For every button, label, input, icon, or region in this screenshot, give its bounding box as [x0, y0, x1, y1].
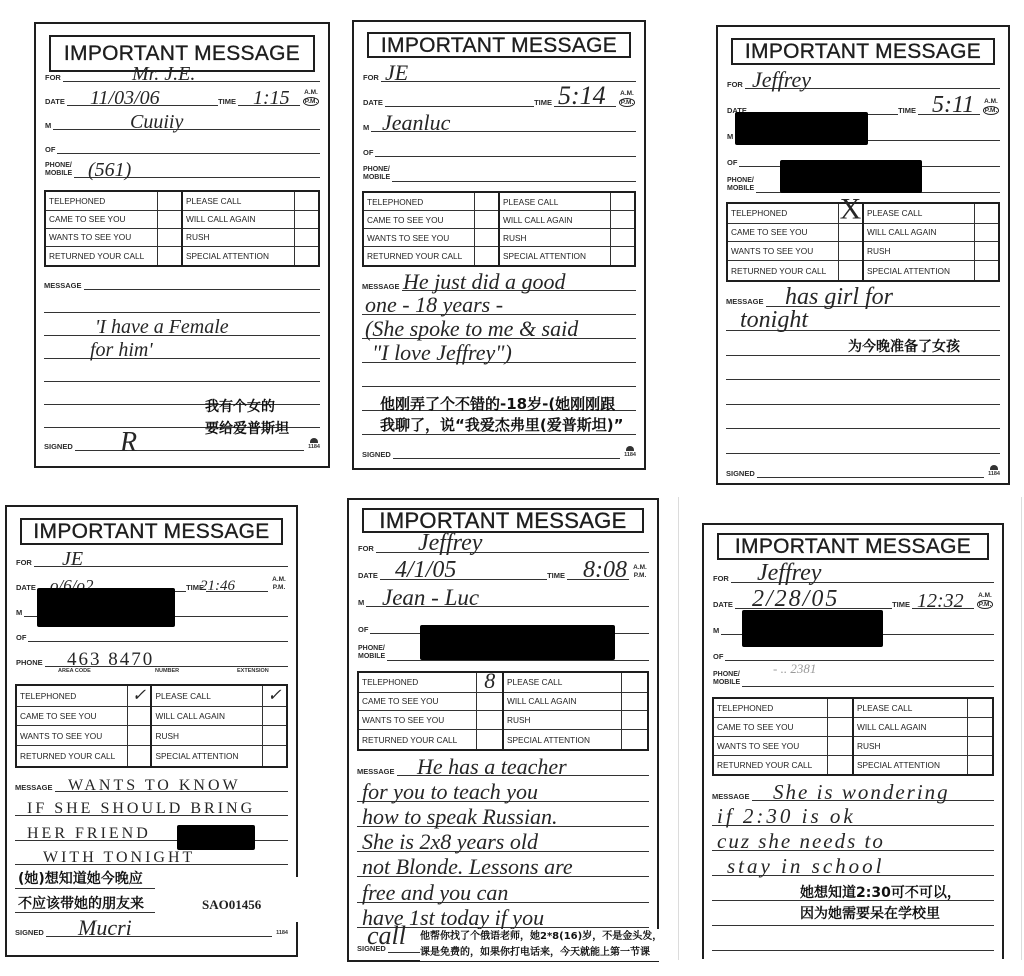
handwritten-text: IF SHE SHOULD BRING: [27, 801, 255, 817]
rush-checkbox: [294, 228, 319, 246]
slip-title: IMPORTANT MESSAGE: [33, 521, 269, 542]
message-line: [712, 926, 994, 951]
m-field: M Cuuiiy: [45, 106, 320, 130]
for-line: [376, 533, 649, 553]
rush-checkbox: [968, 736, 993, 755]
date-value: 11/03/06: [90, 88, 160, 108]
time-value: 5:11: [932, 93, 974, 117]
date-time-field: DATE TIME A.M.P.M. 11/03/06 1:15: [45, 82, 320, 106]
of-label: OF: [727, 159, 737, 168]
returned-your-call-label: RETURNED YOUR CALL: [358, 730, 477, 750]
form-number-text: 1184: [624, 452, 636, 458]
please-call-checkbox: [968, 698, 993, 718]
telephoned-label: TELEPHONED: [713, 698, 828, 718]
check-mark: ✓: [132, 686, 146, 703]
phone-label: PHONE/MOBILE: [363, 166, 390, 182]
call-status-checkboxes: TELEPHONEDPLEASE CALL CAME TO SEE YOUWIL…: [44, 190, 320, 267]
of-label: OF: [363, 149, 373, 158]
form-number-text: 1184: [988, 471, 1000, 477]
pm-label-circled: P.M.: [983, 106, 1000, 115]
m-field: M Jeanluc: [363, 107, 636, 132]
for-value: Jeffrey: [757, 561, 821, 585]
of-label: OF: [45, 146, 55, 155]
special-attention-label: SPECIAL ATTENTION: [853, 755, 968, 775]
check-mark: 8: [484, 670, 495, 692]
m-label: M: [727, 133, 733, 142]
phone-label: PHONE/MOBILE: [45, 162, 72, 178]
handwritten-text: cuz she needs to: [717, 831, 885, 852]
message-line: how to speak Russian.: [357, 802, 649, 827]
signed-field: SIGNED1184: [726, 454, 1000, 479]
for-value: Jeffrey: [418, 531, 482, 555]
telephoned-label: TELEPHONED: [358, 672, 477, 692]
handwritten-text: stay in school: [727, 856, 885, 877]
message-slip-3: IMPORTANT MESSAGE FOR Jeffrey DATE TIME …: [716, 25, 1010, 485]
chinese-translation: 为今晚准备了女孩: [848, 337, 960, 358]
rush-label: RUSH: [151, 726, 262, 746]
please-call-label: PLEASE CALL: [503, 672, 622, 692]
returned-your-call-label: RETURNED YOUR CALL: [45, 247, 157, 266]
special-attention-checkbox: [611, 247, 636, 266]
for-value: Jeffrey: [752, 69, 811, 91]
logo-icon: [626, 446, 634, 451]
for-field: FOR JE: [16, 545, 288, 567]
came-to-see-you-checkbox: [828, 718, 853, 737]
phone-value: - .. 2381: [773, 662, 816, 675]
logo-icon: [310, 438, 318, 443]
please-call-checkbox: [975, 203, 1000, 223]
will-call-again-label: WILL CALL AGAIN: [182, 210, 294, 228]
slip-header: IMPORTANT MESSAGE: [367, 32, 631, 58]
slip-header: IMPORTANT MESSAGE: [731, 38, 995, 65]
returned-your-call-checkbox: [475, 247, 499, 266]
special-attention-label: SPECIAL ATTENTION: [863, 261, 975, 281]
special-attention-checkbox: [622, 730, 648, 750]
phone-label-line2: MOBILE: [358, 653, 385, 661]
m-label: M: [358, 599, 364, 608]
rush-label: RUSH: [863, 242, 975, 261]
date-time-field: DATE TIME A.M.P.M. 2/28/05 12:32: [713, 583, 994, 609]
returned-your-call-checkbox: [839, 261, 863, 281]
phone-label: PHONE/MOBILE: [727, 177, 754, 193]
m-label: M: [713, 627, 719, 636]
redaction-box: [177, 825, 255, 850]
slip-title: IMPORTANT MESSAGE: [735, 536, 971, 557]
for-field: FOR JE: [363, 58, 636, 82]
special-attention-label: SPECIAL ATTENTION: [499, 247, 611, 266]
message-line: stay in school: [712, 851, 994, 876]
m-label: M: [363, 124, 369, 133]
will-call-again-label: WILL CALL AGAIN: [853, 718, 968, 737]
will-call-again-label: WILL CALL AGAIN: [151, 706, 262, 726]
special-attention-checkbox: [294, 247, 319, 266]
message-slip-6: IMPORTANT MESSAGE FOR Jeffrey DATE TIME …: [702, 523, 1004, 959]
rush-label: RUSH: [853, 736, 968, 755]
form-number-text: 1184: [308, 444, 320, 450]
handwritten-text: has girl for: [785, 285, 893, 309]
signed-line: [757, 454, 984, 479]
message-line: [726, 429, 1000, 454]
m-label: M: [16, 609, 22, 618]
redaction-box: [420, 625, 615, 660]
call-status-checkboxes: TELEPHONEDXPLEASE CALL CAME TO SEE YOUWI…: [726, 202, 1000, 282]
call-status-checkboxes: TELEPHONED8PLEASE CALL CAME TO SEE YOUWI…: [357, 671, 649, 751]
signed-label: SIGNED: [362, 451, 391, 460]
time-label: TIME: [898, 107, 916, 116]
special-attention-checkbox: [263, 746, 287, 767]
number-label: NUMBER: [155, 668, 179, 674]
message-line: [44, 359, 320, 382]
form-number: 1184: [308, 438, 320, 450]
date-label: DATE: [713, 601, 733, 610]
wants-to-see-you-checkbox: [157, 228, 182, 246]
message-label: MESSAGE: [357, 768, 395, 777]
returned-your-call-checkbox: [127, 746, 151, 767]
image-divider: [1021, 497, 1022, 960]
handwritten-text: He just did a good: [403, 271, 566, 293]
rush-checkbox: [622, 711, 648, 730]
translation-line: 为今晚准备了女孩: [848, 337, 960, 358]
handwritten-text: HER FRIEND: [27, 826, 151, 842]
will-call-again-checkbox: [975, 223, 1000, 242]
message-label: MESSAGE: [712, 793, 750, 802]
telephoned-checkbox: [828, 698, 853, 718]
message-line: 'I have a Female: [44, 313, 320, 336]
will-call-again-label: WILL CALL AGAIN: [863, 223, 975, 242]
check-mark: ✓: [267, 686, 281, 703]
handwritten-text: He has a teacher: [417, 756, 567, 778]
am-label: A.M.: [272, 576, 286, 584]
came-to-see-you-label: CAME TO SEE YOU: [727, 223, 839, 242]
wants-to-see-you-label: WANTS TO SEE YOU: [358, 711, 477, 730]
phone-field: PHONE 463 8470: [16, 642, 288, 667]
telephoned-label: TELEPHONED: [45, 191, 157, 210]
phone-label-line1: PHONE/: [363, 166, 390, 174]
time-value: 1:15: [253, 88, 290, 108]
translation-line: 她想知道2:30可不可以，: [800, 883, 961, 904]
x-mark: X: [840, 195, 862, 225]
wants-to-see-you-label: WANTS TO SEE YOU: [363, 229, 475, 247]
slip-title: IMPORTANT MESSAGE: [381, 35, 617, 56]
will-call-again-label: WILL CALL AGAIN: [499, 211, 611, 229]
wants-to-see-you-checkbox: [839, 242, 863, 261]
returned-your-call-label: RETURNED YOUR CALL: [727, 261, 839, 281]
m-value: Jeanluc: [382, 112, 450, 134]
message-field: MESSAGEHe has a teacher: [357, 751, 649, 776]
handwritten-text: not Blonde. Lessons are: [362, 856, 573, 878]
message-line: [84, 267, 320, 290]
message-line: tonight: [726, 307, 1000, 332]
pm-label: P.M.: [634, 572, 647, 580]
date-value: 4/1/05: [395, 558, 456, 582]
please-call-checkbox: [622, 672, 648, 692]
for-value: Mr. J.E.: [132, 64, 195, 84]
am-label: A.M.: [978, 592, 992, 600]
handwritten-text: She is wondering: [773, 782, 950, 803]
handwritten-text: call: [367, 923, 406, 949]
m-field: M Jean - Luc: [358, 580, 649, 607]
telephoned-label: TELEPHONED: [16, 685, 127, 706]
translation-line: 不应该带她的朋友来: [18, 892, 144, 917]
message-line: [726, 356, 1000, 381]
for-label: FOR: [727, 81, 743, 90]
returned-your-call-label: RETURNED YOUR CALL: [16, 746, 127, 767]
extension-label: EXTENSION: [237, 668, 269, 674]
message-line: IF SHE SHOULD BRING: [15, 792, 288, 816]
chinese-translation: 他刚弄了个不错的-18岁-(她刚刚跟我聊了，说“我爱杰弗里(爱普斯坦)”: [380, 394, 623, 436]
phone-label: PHONE: [16, 659, 43, 668]
am-pm-indicator: A.M.P.M.: [302, 89, 320, 106]
slip-header: IMPORTANT MESSAGE: [362, 508, 644, 533]
signed-label: SIGNED: [726, 470, 755, 479]
message-line: cuz she needs to: [712, 826, 994, 851]
message-field: MESSAGEShe is wondering: [712, 776, 994, 801]
redaction-box: [742, 610, 883, 647]
phone-label: PHONE/MOBILE: [358, 645, 385, 661]
telephoned-checkbox: [475, 192, 499, 211]
handwritten-text: if 2:30 is ok: [717, 806, 856, 827]
wants-to-see-you-label: WANTS TO SEE YOU: [713, 736, 828, 755]
rush-label: RUSH: [503, 711, 622, 730]
translation-line: 我聊了，说“我爱杰弗里(爱普斯坦)”: [380, 415, 623, 436]
call-status-checkboxes: TELEPHONEDPLEASE CALL CAME TO SEE YOUWIL…: [362, 191, 636, 267]
wants-to-see-you-checkbox: [475, 229, 499, 247]
message-line: [362, 363, 636, 387]
date-label: DATE: [16, 584, 36, 593]
came-to-see-you-label: CAME TO SEE YOU: [358, 692, 477, 711]
form-number: 1184: [988, 465, 1000, 477]
slip-title: IMPORTANT MESSAGE: [745, 41, 981, 62]
phone-label-line1: PHONE/: [727, 177, 754, 185]
area-code-label: AREA CODE: [58, 668, 91, 674]
telephoned-checkbox: X: [839, 203, 863, 223]
of-line: [57, 130, 320, 154]
rush-label: RUSH: [182, 228, 294, 246]
phone-label: PHONE/MOBILE: [713, 671, 740, 687]
handwritten-text: how to speak Russian.: [362, 806, 558, 828]
of-field: OF: [45, 130, 320, 154]
phone-label-line2: MOBILE: [45, 170, 72, 178]
image-divider: [678, 497, 679, 960]
came-to-see-you-label: CAME TO SEE YOU: [363, 211, 475, 229]
for-value: JE: [385, 62, 408, 84]
message-line: not Blonde. Lessons are: [357, 852, 649, 877]
special-attention-label: SPECIAL ATTENTION: [182, 247, 294, 266]
handwritten-text: (She spoke to me & said: [365, 318, 578, 340]
phone-label-line2: MOBILE: [727, 185, 754, 193]
came-to-see-you-label: CAME TO SEE YOU: [713, 718, 828, 737]
message-slip-5: IMPORTANT MESSAGE FOR Jeffrey DATE TIME …: [347, 498, 659, 962]
of-label: OF: [358, 626, 368, 635]
message-slip-1: IMPORTANT MESSAGE FOR Mr. J.E. DATE TIME…: [34, 22, 330, 468]
chinese-translation: (她)想知道她今晚应不应该带她的朋友来: [18, 867, 144, 917]
returned-your-call-label: RETURNED YOUR CALL: [363, 247, 475, 266]
special-attention-checkbox: [968, 755, 993, 775]
logo-icon: [990, 465, 998, 470]
rush-checkbox: [611, 229, 636, 247]
handwritten-text: for you to teach you: [362, 781, 538, 803]
rush-checkbox: [263, 726, 287, 746]
of-line: [375, 132, 636, 157]
wants-to-see-you-label: WANTS TO SEE YOU: [45, 228, 157, 246]
will-call-again-checkbox: [968, 718, 993, 737]
handwritten-text: one - 18 years -: [365, 294, 503, 316]
returned-your-call-checkbox: [157, 247, 182, 266]
time-value: 5:14: [558, 83, 606, 109]
translation-line: 我有个女的: [205, 396, 289, 418]
signature: Mucri: [78, 917, 132, 939]
came-to-see-you-label: CAME TO SEE YOU: [45, 210, 157, 228]
returned-your-call-checkbox: [477, 730, 503, 750]
signed-field: SIGNED1184: [362, 435, 636, 459]
am-label: A.M.: [304, 89, 318, 97]
message-line: for you to teach you: [357, 776, 649, 801]
am-label: A.M.: [984, 98, 998, 106]
for-label: FOR: [45, 74, 61, 83]
rush-label: RUSH: [499, 229, 611, 247]
time-label: TIME: [534, 99, 552, 108]
please-call-label: PLEASE CALL: [853, 698, 968, 718]
signed-line: [393, 435, 620, 459]
handwritten-text: "I love Jeffrey"): [372, 342, 512, 364]
am-pm-indicator: A.M.P.M.: [270, 576, 288, 592]
please-call-checkbox: [611, 192, 636, 211]
special-attention-label: SPECIAL ATTENTION: [503, 730, 622, 750]
came-to-see-you-checkbox: [475, 211, 499, 229]
m-line: [53, 106, 320, 130]
please-call-label: PLEASE CALL: [863, 203, 975, 223]
message-field: MESSAGEhas girl for: [726, 282, 1000, 307]
will-call-again-checkbox: [611, 211, 636, 229]
pm-label: P.M.: [273, 584, 286, 592]
pm-label-circled: P.M.: [619, 98, 636, 107]
date-label: DATE: [358, 572, 378, 581]
time-label: TIME: [218, 98, 236, 107]
call-status-checkboxes: TELEPHONED✓PLEASE CALL✓ CAME TO SEE YOUW…: [15, 684, 288, 768]
handwritten-text: 'I have a Female: [95, 317, 229, 337]
phone-label-line1: PHONE/: [45, 162, 72, 170]
redaction-box: [780, 160, 922, 193]
am-label: A.M.: [620, 90, 634, 98]
pm-label-circled: P.M.: [303, 97, 320, 106]
came-to-see-you-checkbox: [839, 223, 863, 242]
came-to-see-you-checkbox: [157, 210, 182, 228]
am-label: A.M.: [633, 564, 647, 572]
time-label: TIME: [892, 601, 910, 610]
time-value: 12:32: [917, 591, 964, 611]
message-line: [726, 380, 1000, 405]
phone-label-line2: MOBILE: [363, 174, 390, 182]
handwritten-text: tonight: [740, 308, 808, 332]
slip-header: IMPORTANT MESSAGE: [717, 533, 989, 560]
will-call-again-checkbox: [294, 210, 319, 228]
for-field: FOR Jeffrey: [358, 533, 649, 553]
returned-your-call-label: RETURNED YOUR CALL: [713, 755, 828, 775]
am-pm-indicator: A.M.P.M.: [982, 98, 1000, 115]
for-field: FOR Jeffrey: [713, 560, 994, 583]
for-field: FOR Mr. J.E.: [45, 72, 320, 82]
will-call-again-checkbox: [263, 706, 287, 726]
for-label: FOR: [363, 74, 379, 83]
message-label: MESSAGE: [15, 784, 53, 793]
wants-to-see-you-checkbox: [127, 726, 151, 746]
message-line: She is 2x8 years old: [357, 827, 649, 852]
for-value: JE: [62, 549, 83, 569]
wants-to-see-you-checkbox: [828, 736, 853, 755]
time-value: 8:08: [583, 558, 627, 582]
form-number: 1184: [276, 930, 288, 936]
handwritten-text: She is 2x8 years old: [362, 831, 538, 853]
form-number: 1184: [624, 446, 636, 458]
will-call-again-checkbox: [622, 692, 648, 711]
message-label: MESSAGE: [44, 282, 82, 291]
handwritten-text: WITH TONIGHT: [43, 850, 195, 866]
m-value: Cuuiiy: [130, 112, 183, 132]
m-value: Jean - Luc: [382, 586, 479, 609]
of-field: OF: [363, 132, 636, 157]
translation-line: 他刚弄了个不错的-18岁-(她刚刚跟: [380, 394, 623, 415]
telephoned-checkbox: [157, 191, 182, 210]
message-field: MESSAGEHe just did a good: [362, 267, 636, 291]
am-pm-indicator: A.M.P.M.: [618, 90, 636, 107]
redaction-box: [735, 112, 868, 145]
slip-title: IMPORTANT MESSAGE: [64, 43, 300, 64]
pm-label-circled: P.M.: [977, 600, 994, 609]
m-label: M: [45, 122, 51, 131]
phone-label-line1: PHONE/: [358, 645, 385, 653]
message-label: MESSAGE: [362, 283, 400, 292]
please-call-label: PLEASE CALL: [151, 685, 262, 706]
date-label: DATE: [363, 99, 383, 108]
am-pm-indicator: A.M.P.M.: [976, 592, 994, 609]
date-value: 2/28/05: [752, 587, 839, 611]
handwritten-text: for him': [90, 340, 153, 360]
translation-line: (她)想知道她今晚应: [18, 867, 144, 892]
signature: R: [120, 429, 137, 457]
special-attention-label: SPECIAL ATTENTION: [151, 746, 262, 767]
date-time-field: DATE TIME A.M.P.M. 5:14: [363, 82, 636, 107]
date-line: [385, 82, 534, 107]
telephoned-label: TELEPHONED: [727, 203, 839, 223]
please-call-label: PLEASE CALL: [499, 192, 611, 211]
message-line: [726, 405, 1000, 430]
came-to-see-you-checkbox: [127, 706, 151, 726]
for-line: [381, 58, 636, 82]
redaction-box: [37, 588, 175, 627]
translation-line: 要给爱普斯坦: [205, 418, 289, 440]
phone-field: PHONE/MOBILE (561): [45, 154, 320, 178]
returned-your-call-checkbox: [828, 755, 853, 775]
message-line: free and you can: [357, 877, 649, 902]
time-label: TIME: [547, 572, 565, 581]
message-label: MESSAGE: [726, 298, 764, 307]
of-label: OF: [16, 634, 26, 643]
chinese-translation: 他帮你找了个俄语老师，她2*8(16)岁，不是金头发，课是免费的，如果你打电话来…: [420, 929, 666, 961]
translation-line: 他帮你找了个俄语老师，她2*8(16)岁，不是金头发，: [420, 929, 662, 945]
signed-label: SIGNED: [44, 443, 73, 452]
translation-line: 课是免费的，如果你打电话来，今天就能上第一节课: [420, 945, 662, 961]
for-label: FOR: [713, 575, 729, 584]
slip-header: IMPORTANT MESSAGE: [20, 518, 283, 545]
message-line: (She spoke to me & said: [362, 315, 636, 339]
message-line: one - 18 years -: [362, 291, 636, 315]
message-field: MESSAGE: [44, 267, 320, 290]
message-slip-4: IMPORTANT MESSAGE FOR JE DATE TIME A.M.P…: [5, 505, 298, 957]
please-call-checkbox: ✓: [263, 685, 287, 706]
slip-title: IMPORTANT MESSAGE: [379, 510, 626, 532]
message-line: "I love Jeffrey"): [362, 339, 636, 363]
signed-label: SIGNED: [15, 929, 44, 938]
